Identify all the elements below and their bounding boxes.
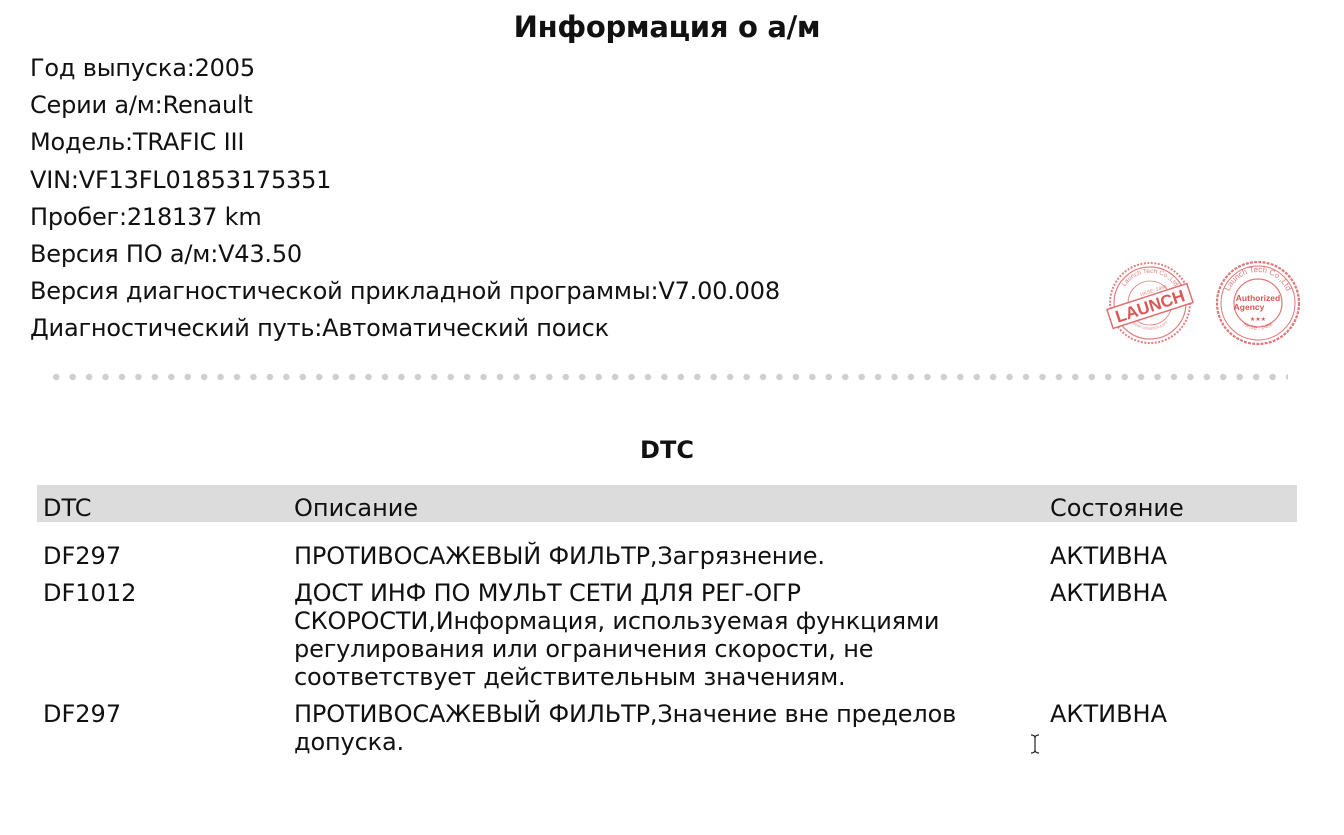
info-vin: VIN:VF13FL01853175351 (30, 162, 780, 199)
dtc-code: DF297 (43, 542, 121, 570)
dtc-description: ПРОТИВОСАЖЕВЫЙ ФИЛЬТР,Загрязнение. (294, 542, 1014, 570)
info-vehicle-series: Серии а/м:Renault (30, 87, 780, 124)
authorized-agency-stamp-icon: Launch Tech Co.,Ltd Authorized Agency ★★… (1214, 260, 1302, 346)
dotted-separator (48, 373, 1288, 381)
dtc-section-title: DTC (0, 436, 1334, 464)
svg-text:HKSE : 2488: HKSE : 2488 (1242, 322, 1274, 332)
info-diagnostic-path: Диагностический путь:Автоматический поис… (30, 310, 780, 347)
svg-text:Launch Tech Co.,Ltd: Launch Tech Co.,Ltd (1121, 268, 1180, 288)
svg-text:Agency: Agency (1234, 302, 1265, 312)
table-row: DF297 ПРОТИВОСАЖЕВЫЙ ФИЛЬТР,Загрязнение.… (37, 542, 1297, 570)
vehicle-info-list: Год выпуска:2005 Серии а/м:Renault Модел… (30, 50, 780, 348)
info-production-year: Год выпуска:2005 (30, 50, 780, 87)
report-title: Информация о а/м (0, 10, 1334, 44)
table-header: DTC Описание Состояние (37, 485, 1297, 522)
table-row: DF297 ПРОТИВОСАЖЕВЫЙ ФИЛЬТР,Значение вне… (37, 700, 1297, 756)
text-cursor-icon (1029, 734, 1041, 754)
info-mileage: Пробег:218137 km (30, 199, 780, 236)
dtc-table: DTC Описание Состояние DF297 ПРОТИВОСАЖЕ… (37, 485, 1297, 765)
info-model: Модель:TRAFIC III (30, 124, 780, 161)
table-row: DF1012 ДОСТ ИНФ ПО МУЛЬТ СЕТИ ДЛЯ РЕГ-ОГ… (37, 579, 1297, 691)
dtc-code: DF297 (43, 700, 121, 728)
info-vehicle-software-version: Версия ПО а/м:V43.50 (30, 236, 780, 273)
stamps: Launch Tech Co.,Ltd HKSE: 2488 LAUNCH ww… (1100, 258, 1305, 348)
dtc-description: ДОСТ ИНФ ПО МУЛЬТ СЕТИ ДЛЯ РЕГ-ОГР СКОРО… (294, 579, 1014, 691)
info-diagnostic-app-version: Версия диагностической прикладной програ… (30, 273, 780, 310)
launch-stamp-icon: Launch Tech Co.,Ltd HKSE: 2488 LAUNCH ww… (1102, 260, 1198, 346)
dtc-state: АКТИВНА (1050, 700, 1167, 728)
dtc-code: DF1012 (43, 579, 136, 607)
svg-text:★★★: ★★★ (1250, 316, 1266, 323)
dtc-state: АКТИВНА (1050, 579, 1167, 607)
dtc-state: АКТИВНА (1050, 542, 1167, 570)
dtc-description: ПРОТИВОСАЖЕВЫЙ ФИЛЬТР,Значение вне преде… (294, 700, 1014, 756)
table-body: DF297 ПРОТИВОСАЖЕВЫЙ ФИЛЬТР,Загрязнение.… (37, 522, 1297, 756)
